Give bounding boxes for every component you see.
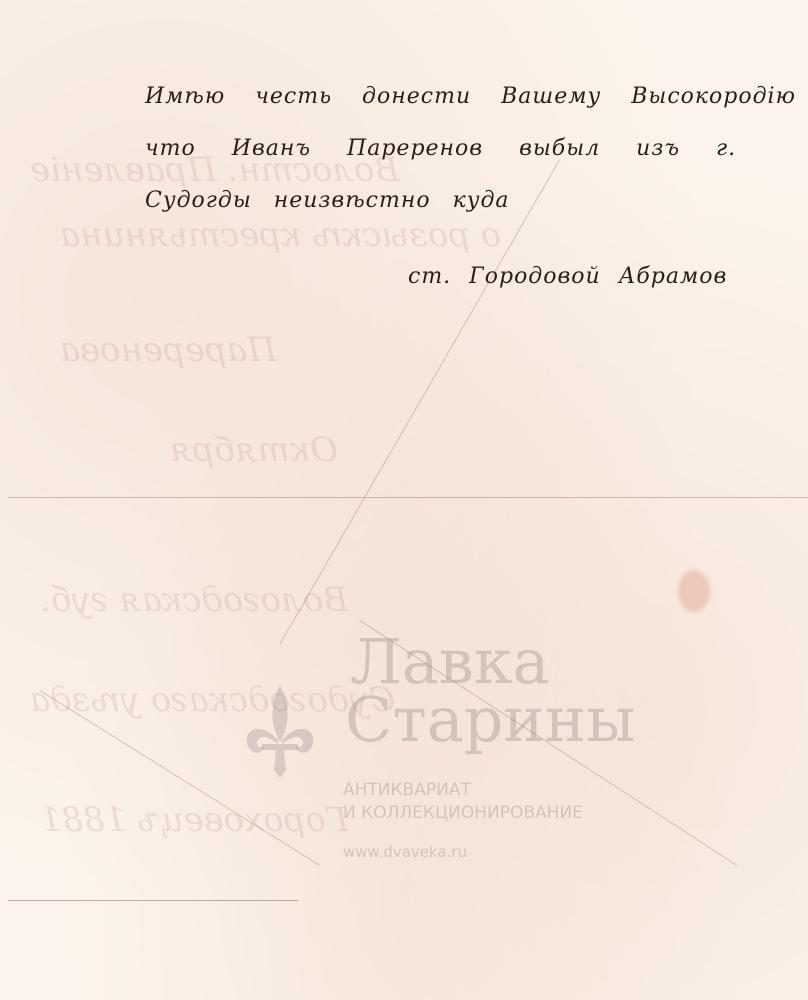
paper-fold-line bbox=[8, 900, 298, 901]
bleed-through-text: Гороховецъ 1881 bbox=[40, 800, 349, 840]
letter-line-2: что Иванъ Пареренов выбыл изъ г. bbox=[145, 136, 736, 161]
bleed-through-text: Пареренова bbox=[60, 330, 277, 370]
paper-stain bbox=[678, 570, 710, 612]
letter-line-3: Судогды неизвѣстно куда bbox=[145, 188, 510, 213]
watermark-title-2: Старины bbox=[345, 690, 635, 750]
watermark-subtitle-1: АНТИКВАРИАТ bbox=[343, 779, 471, 801]
bleed-through-text: Октября bbox=[170, 430, 338, 470]
watermark-url: www.dvaveka.ru bbox=[343, 843, 467, 861]
bleed-through-text: Судогодскаго уѣзда bbox=[30, 680, 395, 720]
fleur-de-lis-icon bbox=[240, 680, 320, 780]
paper-fold-line bbox=[8, 497, 808, 498]
watermark-subtitle-2: И КОЛЛЕКЦИОНИРОВАНИЕ bbox=[343, 802, 583, 824]
letter-page: Волостн. Правленiе о розыскѣ крестьянина… bbox=[0, 0, 808, 1000]
bleed-through-text: о розыскѣ крестьянина bbox=[60, 215, 501, 255]
signature: ст. Городовой Абрамов bbox=[408, 264, 727, 289]
bleed-through-text: Вологодская губ. bbox=[40, 580, 348, 620]
letter-line-1: Имѣю честь донести Вашему Высокородію bbox=[145, 84, 796, 109]
